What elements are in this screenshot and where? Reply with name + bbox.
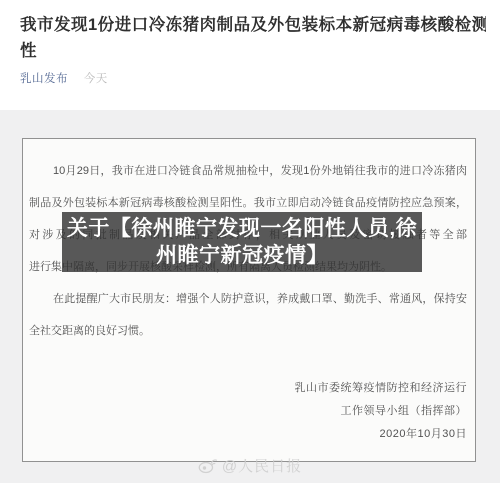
caption-overlay: 关于【徐州睢宁发现一名阳性人员,徐 州睢宁新冠疫情】 [62,212,422,272]
weibo-icon [198,457,218,474]
account-name-link[interactable]: 乳山发布 [20,73,68,85]
byline: 乳山发布 今天 [20,70,108,86]
caption-overlay-line: 关于【徐州睢宁发现一名阳性人员,徐 [62,215,422,242]
notice-photo[interactable]: 10月29日，我市在进口冷链食品常规抽检中，发现1份外地销往我市的进口冷冻猪肉 … [0,110,500,483]
signature-group: 工作领导小组（指挥部） [295,400,468,423]
notice-body-line: 10月29日，我市在进口冷链食品常规抽检中，发现1份外地销往我市的进口冷冻猪肉 [29,155,467,187]
article-title: 我市发现1份进口冷冻猪肉制品及外包装标本新冠病毒核酸检测呈阳 性 [20,12,486,64]
notice-body-line: 全社交距离的良好习惯。 [29,315,467,347]
article-title-line: 性 [20,38,486,64]
publish-time: 今天 [84,73,108,85]
notice-body-line: 在此提醒广大市民朋友：增强个人防护意识，养成戴口罩、勤洗手、常通风，保持安 [29,283,467,315]
watermark: @人民日报 [198,455,302,476]
caption-overlay-line: 州睢宁新冠疫情】 [62,242,422,269]
article-title-line: 我市发现1份进口冷冻猪肉制品及外包装标本新冠病毒核酸检测呈阳 [20,12,486,38]
signature-date: 2020年10月30日 [295,423,468,446]
notice-paper: 10月29日，我市在进口冷链食品常规抽检中，发现1份外地销往我市的进口冷冻猪肉 … [22,138,476,462]
wechat-article-page: 我市发现1份进口冷冻猪肉制品及外包装标本新冠病毒核酸检测呈阳 性 乳山发布 今天… [0,0,500,483]
watermark-text: @人民日报 [222,455,302,476]
notice-signature: 乳山市委统筹疫情防控和经济运行 工作领导小组（指挥部） 2020年10月30日 [295,377,468,446]
signature-org: 乳山市委统筹疫情防控和经济运行 [295,377,468,400]
